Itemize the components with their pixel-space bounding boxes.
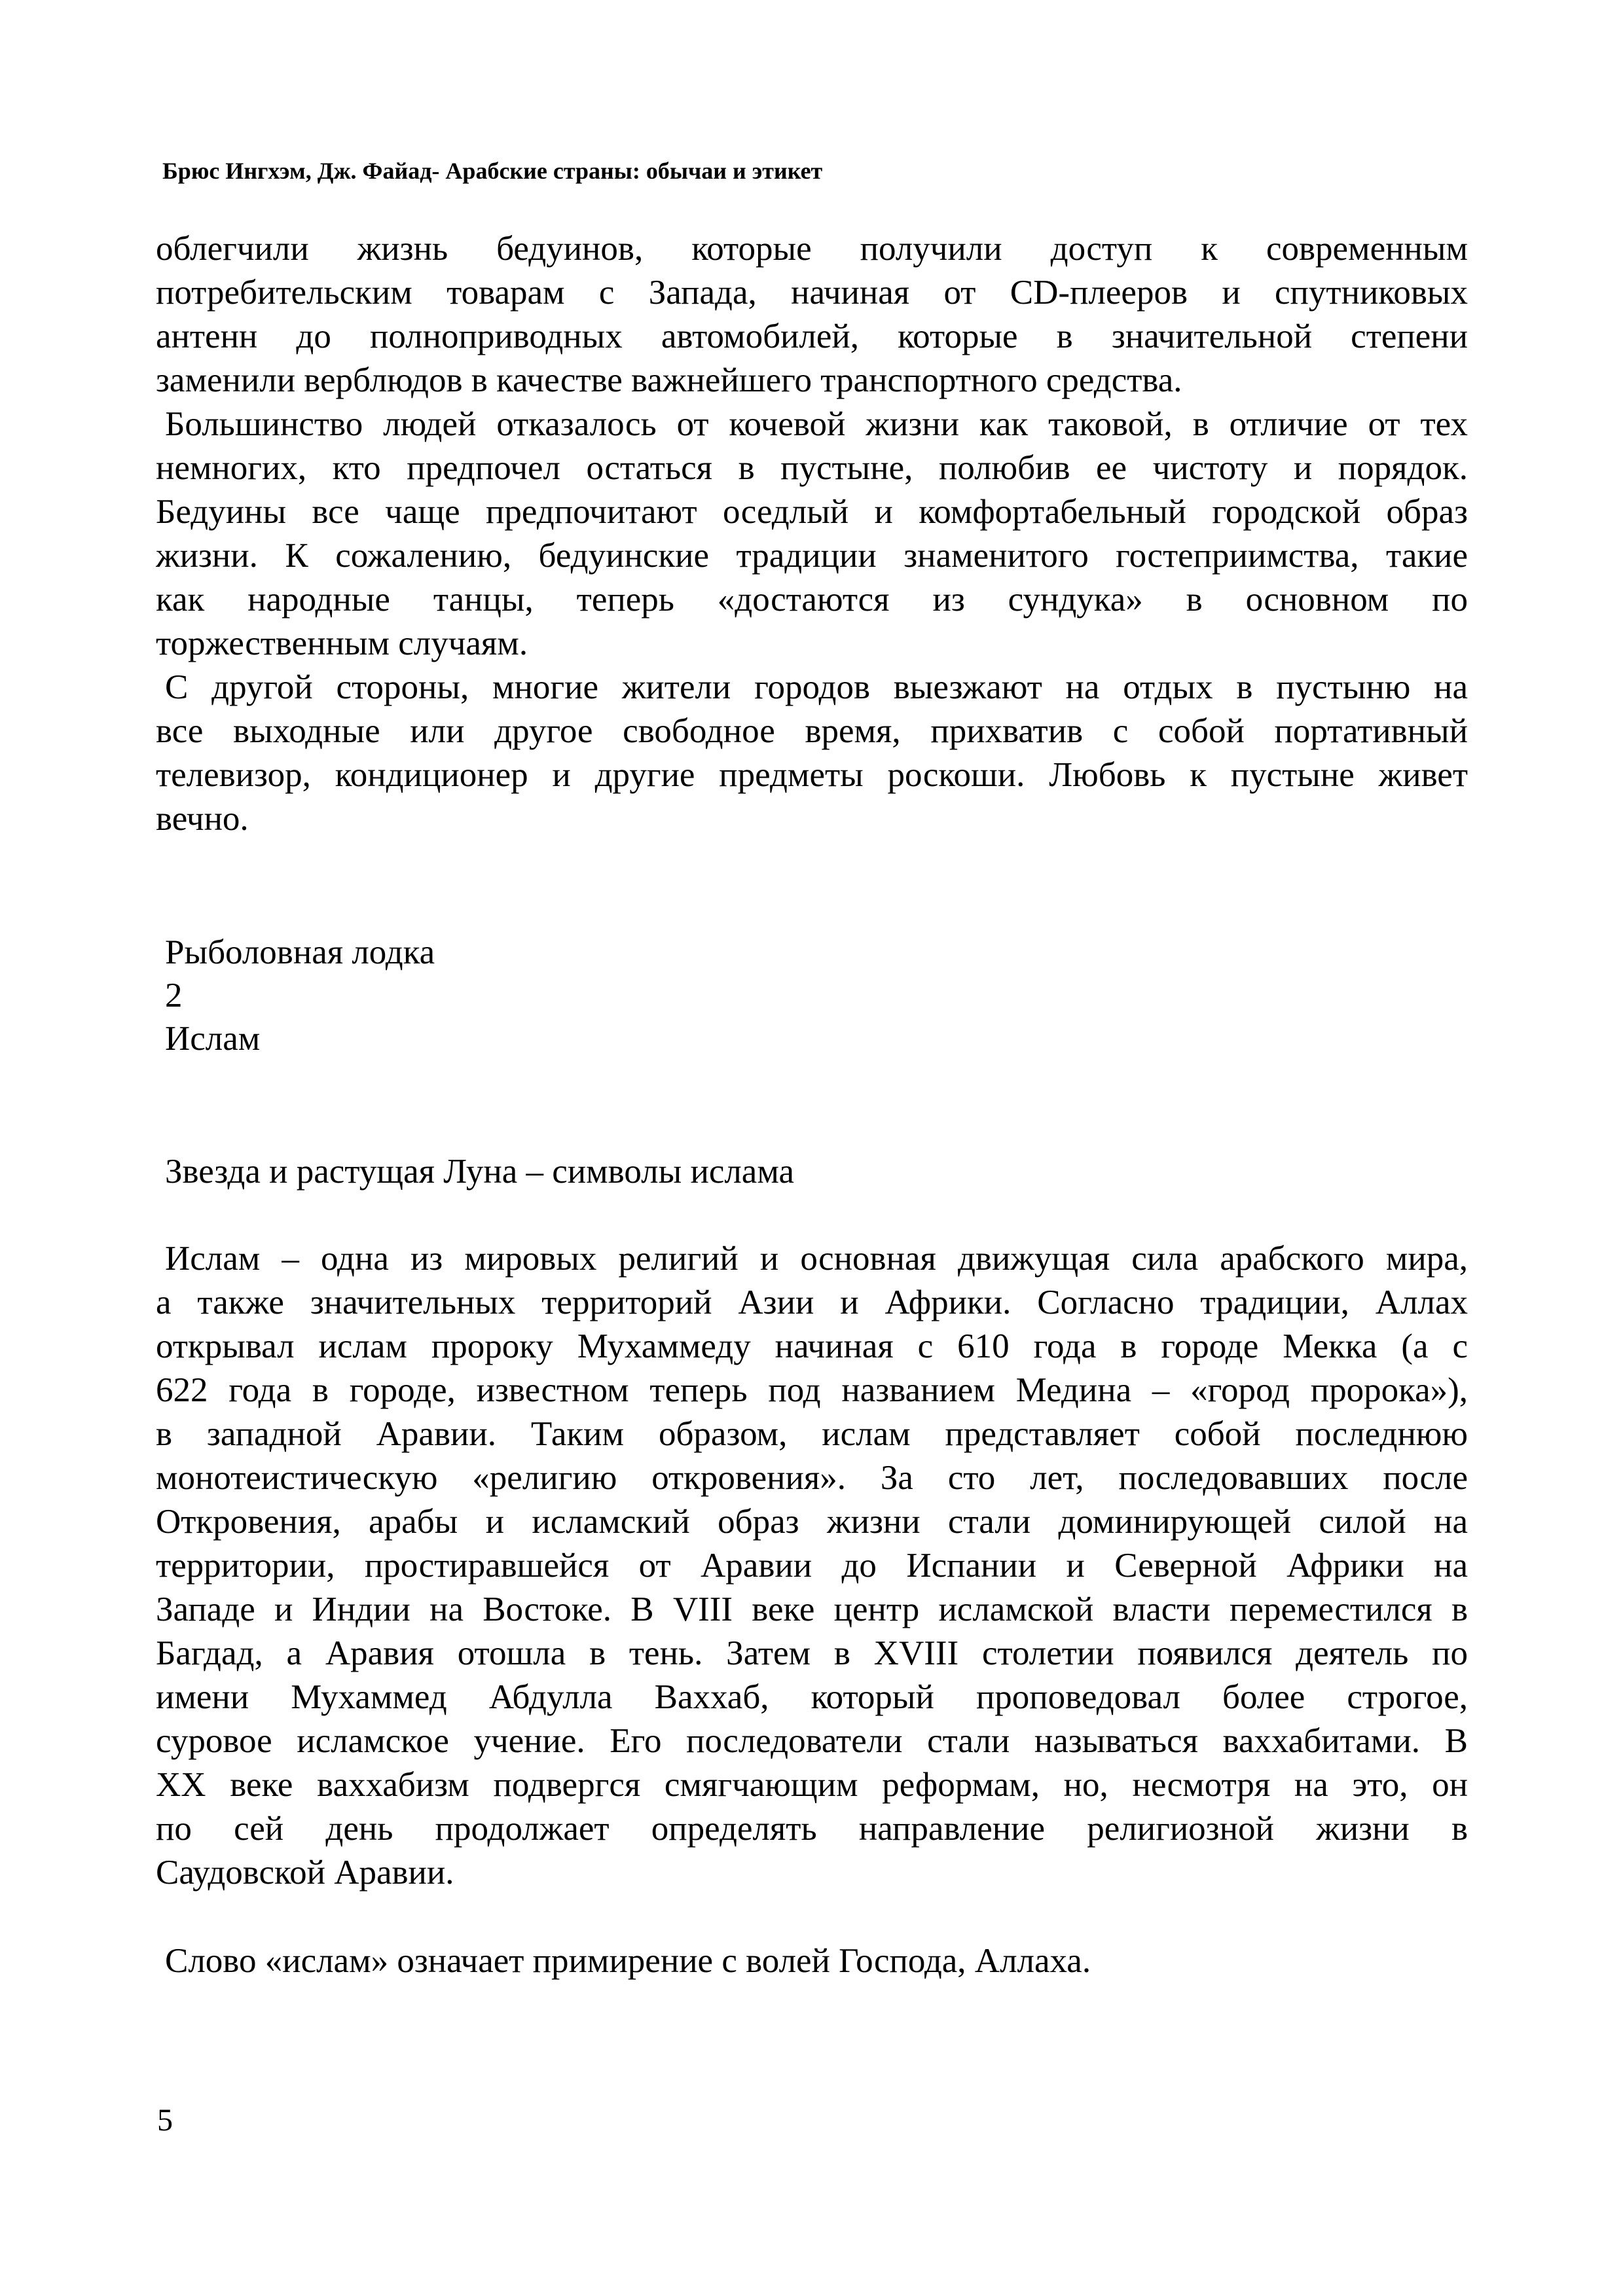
- text-line: монотеистическую «религию откровения». З…: [156, 1456, 1468, 1500]
- captions-and-chapter-heading: Рыболовная лодка 2 Ислам: [156, 931, 1468, 1060]
- text-line: жизни. К сожалению, бедуинские традиции …: [156, 534, 1468, 578]
- paragraph-islam-history: Ислам – одна из мировых религий и основн…: [156, 1237, 1468, 1895]
- text-line: Западе и Индии на Востоке. В VIII веке ц…: [156, 1588, 1468, 1632]
- text-line: Ислам – одна из мировых религий и основн…: [156, 1237, 1468, 1281]
- text-line: территории, простиравшейся от Аравии до …: [156, 1544, 1468, 1588]
- text-line: а также значительных территорий Азии и А…: [156, 1281, 1468, 1325]
- caption-text: Звезда и растущая Луна – символы ислама: [156, 1150, 1468, 1194]
- text-line: суровое исламское учение. Его последоват…: [156, 1719, 1468, 1763]
- text-line: заменили верблюдов в качестве важнейшего…: [156, 359, 1468, 403]
- text-line: вечно.: [156, 797, 1468, 841]
- text-line: Бедуины все чаще предпочитают оседлый и …: [156, 490, 1468, 534]
- text-line: телевизор, кондиционер и другие предметы…: [156, 753, 1468, 797]
- text-line: открывал ислам пророку Мухаммеду начиная…: [156, 1325, 1468, 1369]
- image-caption-symbols: Звезда и растущая Луна – символы ислама: [156, 1150, 1468, 1194]
- text-line: в западной Аравии. Таким образом, ислам …: [156, 1412, 1468, 1456]
- text-line: антенн до полноприводных автомобилей, ко…: [156, 315, 1468, 359]
- text-line: Откровения, арабы и исламский образ жизн…: [156, 1500, 1468, 1544]
- paragraph-nomadic-life: Большинство людей отказалось от кочевой …: [156, 403, 1468, 666]
- image-caption-boat: Рыболовная лодка: [156, 931, 1468, 974]
- paragraph-word-islam: Слово «ислам» означает примирение с воле…: [156, 1939, 1468, 1983]
- text-line: все выходные или другое свободное время,…: [156, 709, 1468, 753]
- text-line: немногих, кто предпочел остаться в пусты…: [156, 446, 1468, 490]
- text-line: XX веке ваххабизм подвергся смягчающим р…: [156, 1763, 1468, 1807]
- text-line: С другой стороны, многие жители городов …: [156, 666, 1468, 709]
- text-line: Багдад, а Аравия отошла в тень. Затем в …: [156, 1632, 1468, 1676]
- chapter-title: Ислам: [156, 1017, 1468, 1060]
- text-line: 622 года в городе, известном теперь под …: [156, 1369, 1468, 1412]
- document-page: Брюс Ингхэм, Дж. Файад- Арабские страны:…: [0, 0, 1623, 2296]
- text-line: потребительским товарам с Запада, начина…: [156, 271, 1468, 315]
- text-line: имени Мухаммед Абдулла Ваххаб, который п…: [156, 1676, 1468, 1719]
- text-line: как народные танцы, теперь «достаются из…: [156, 578, 1468, 622]
- running-header: Брюс Ингхэм, Дж. Файад- Арабские страны:…: [162, 158, 822, 184]
- text-line: по сей день продолжает определять направ…: [156, 1807, 1468, 1851]
- text-line: торжественным случаям.: [156, 622, 1468, 666]
- paragraph-bedouin-goods: облегчили жизнь бедуинов, которые получи…: [156, 227, 1468, 403]
- page-number: 5: [157, 2101, 173, 2140]
- text-line: Слово «ислам» означает примирение с воле…: [156, 1939, 1468, 1983]
- paragraph-desert-love: С другой стороны, многие жители городов …: [156, 666, 1468, 841]
- text-line: Саудовской Аравии.: [156, 1851, 1468, 1895]
- text-line: Большинство людей отказалось от кочевой …: [156, 403, 1468, 446]
- text-line: облегчили жизнь бедуинов, которые получи…: [156, 227, 1468, 271]
- chapter-number: 2: [156, 974, 1468, 1017]
